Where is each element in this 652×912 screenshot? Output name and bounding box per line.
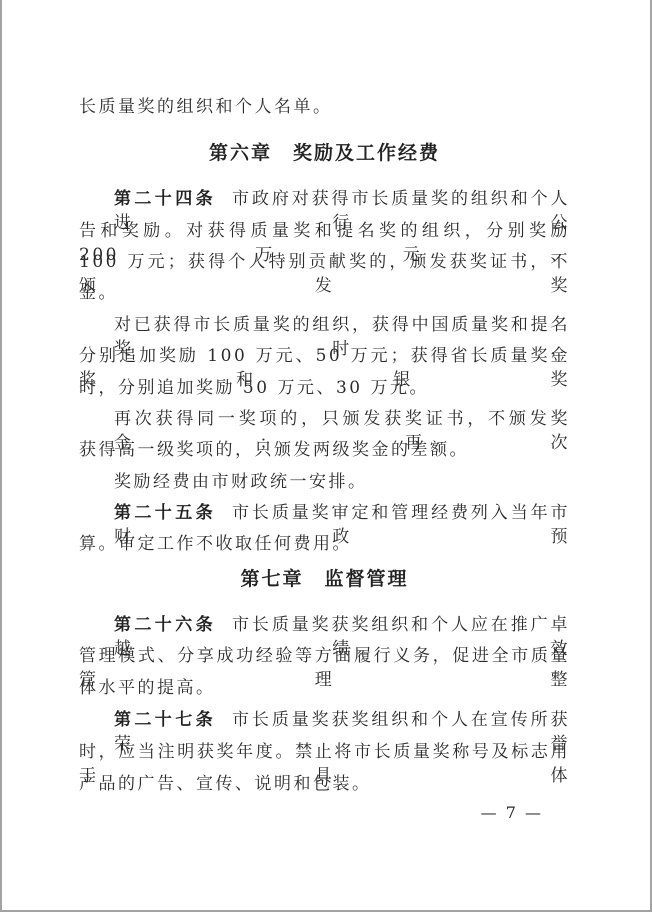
article-24-line-1: 第二十四条市政府对获得市长质量奖的组织和个人进行公 [79,187,570,211]
document-page: 长质量奖的组织和个人名单。 第六章 奖励及工作经费 第二十四条市政府对获得市长质… [0,0,652,912]
chapter-6-heading: 第六章 奖励及工作经费 [79,140,570,166]
article-25-label: 第二十五条 [114,503,216,523]
article-27-line-2: 时，应当注明获奖年度。禁止将市长质量奖称号及标志用于具体 [79,740,570,764]
article-27-line-1: 第二十七条市长质量奖获奖组织和个人在宣传所获荣誉 [79,708,570,732]
page-number: — 7 — [481,803,543,823]
article-26-line-1: 第二十六条市长质量奖获奖组织和个人应在推广卓越绩效 [79,613,570,637]
article-26-label: 第二十六条 [114,615,216,635]
article-27-label: 第二十七条 [114,710,216,730]
article-24-para-4-line-1: 奖励经费由市财政统一安排。 [79,470,570,494]
article-25-line-1: 第二十五条市长质量奖审定和管理经费列入当年市财政预 [79,501,570,525]
article-26-line-3: 体水平的提高。 [79,676,570,700]
article-24-para-2-line-2: 分别追加奖励 100 万元、50 万元；获得省长质量奖金奖和银奖 [79,344,570,368]
body-line-continuation: 长质量奖的组织和个人名单。 [79,95,570,119]
article-27-line-3: 产品的广告、宣传、说明和包装。 [79,772,570,796]
article-24-para-2-line-1: 对已获得市长质量奖的组织，获得中国质量奖和提名奖时， [79,313,570,337]
article-24-line-2: 告和奖励。对获得质量奖和提名奖的组织，分别奖励 200 万元、 [79,219,570,243]
article-24-label: 第二十四条 [114,189,216,209]
article-24-line-3: 100 万元；获得个人特别贡献奖的，颁发获奖证书，不颁发奖 [79,250,570,274]
article-26-line-2: 管理模式、分享成功经验等方面履行义务，促进全市质量管理整 [79,644,570,668]
article-24-line-4: 金。 [79,281,570,305]
article-24-para-3-line-2: 获得高一级奖项的，只颁发两级奖金的差额。 [79,438,570,462]
article-24-para-3-line-1: 再次获得同一奖项的，只颁发获奖证书，不颁发奖金；再次 [79,407,570,431]
article-25-line-2: 算。审定工作不收取任何费用。 [79,532,570,556]
article-24-para-2-line-3: 时，分别追加奖励 50 万元、30 万元。 [79,376,570,400]
chapter-7-heading: 第七章 监督管理 [79,566,570,592]
